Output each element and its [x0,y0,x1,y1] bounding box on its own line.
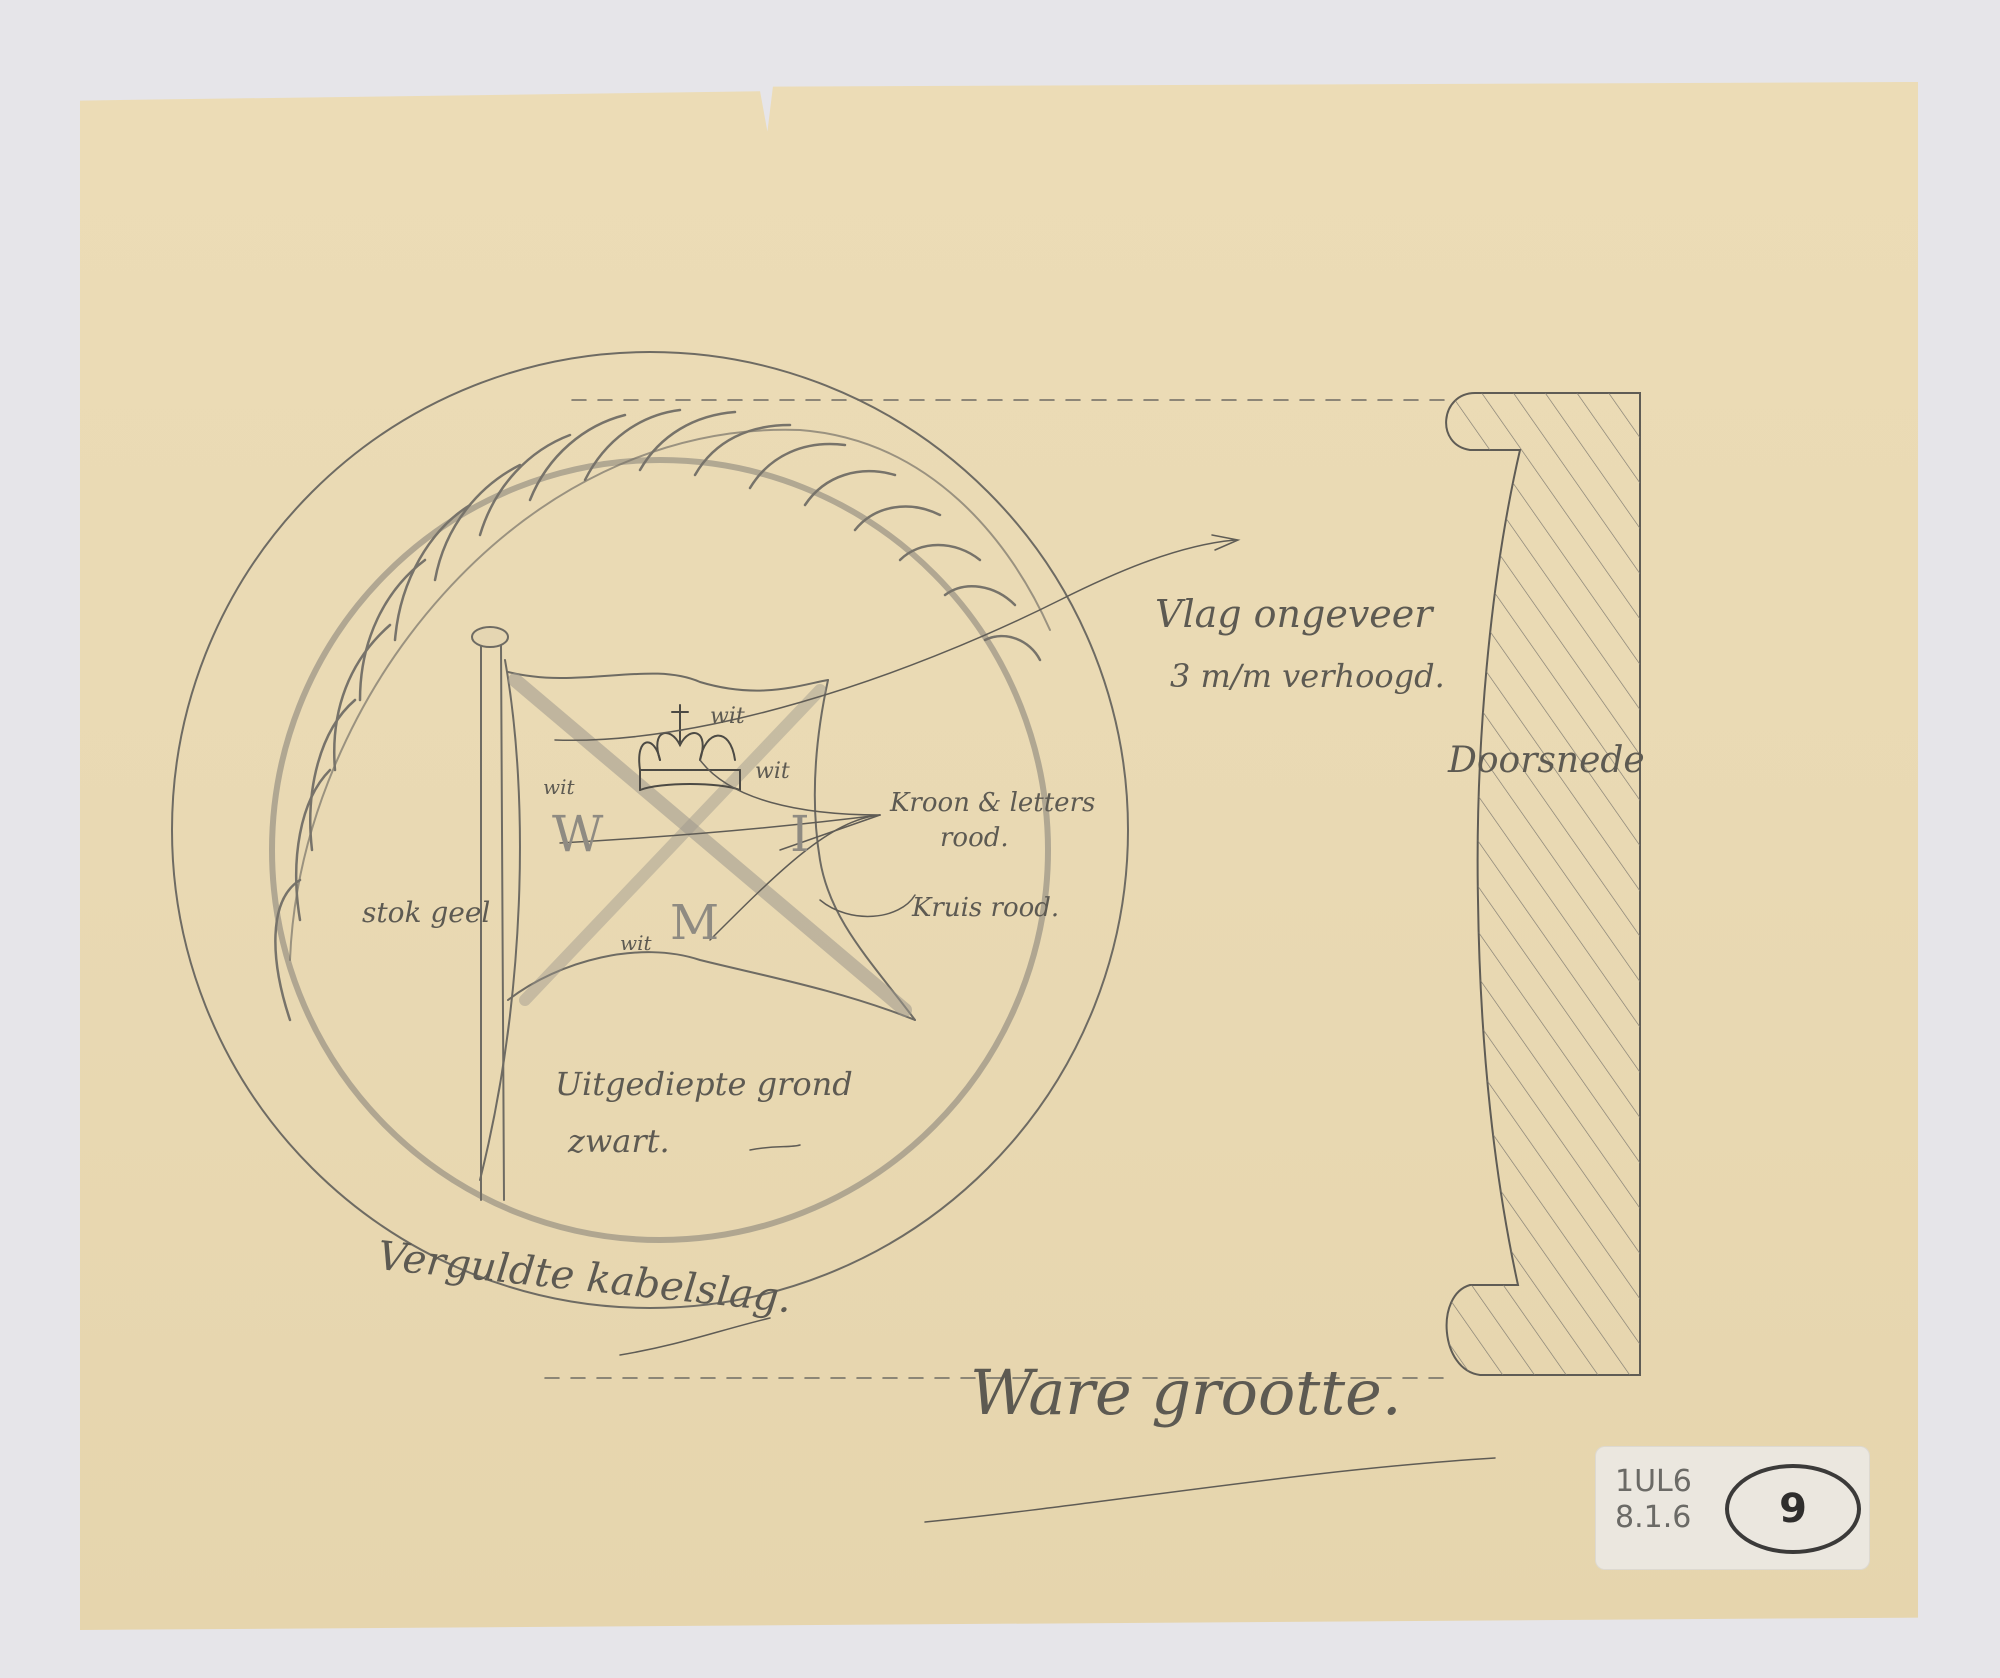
catalog-label: 1UL6 8.1.6 9 [1595,1446,1870,1570]
ground-note-line1: Uitgediepte grond [555,1068,853,1102]
flag-letter-i: I [790,808,810,861]
rope-label-underline [620,1318,770,1355]
leader-lines [555,535,1238,1150]
crown-letters-note-2: rood. [940,825,1009,852]
section-hatching [1430,390,1645,1380]
staff-color-note: stok geel [362,898,490,927]
section-label: Doorsnede [1448,742,1645,780]
flag-letter-m: M [670,898,719,948]
catalog-code-line2: 8.1.6 [1615,1500,1692,1536]
projection-lines [545,400,1450,1378]
scale-note: Ware grootte. [970,1360,1402,1425]
circled-number: 9 [1725,1464,1861,1554]
crown-letters-note: Kroon & letters [890,790,1095,817]
flag-title-line2: 3 m/m verhoogd. [1170,660,1445,694]
scale-underline [925,1458,1495,1522]
field-label-top: wit [710,705,745,728]
cross-color-note: Kruis rood. [912,895,1059,922]
flag-title-line1: Vlag ongeveer [1155,595,1432,635]
ground-note-line2: zwart. [568,1125,670,1159]
flag-letter-w: W [552,808,603,861]
catalog-code-line1: 1UL6 [1615,1464,1692,1500]
field-label-right: wit [755,760,790,783]
field-label-left: wit [543,777,575,798]
field-label-bottom: wit [620,933,652,954]
catalog-code: 1UL6 8.1.6 [1615,1464,1692,1536]
